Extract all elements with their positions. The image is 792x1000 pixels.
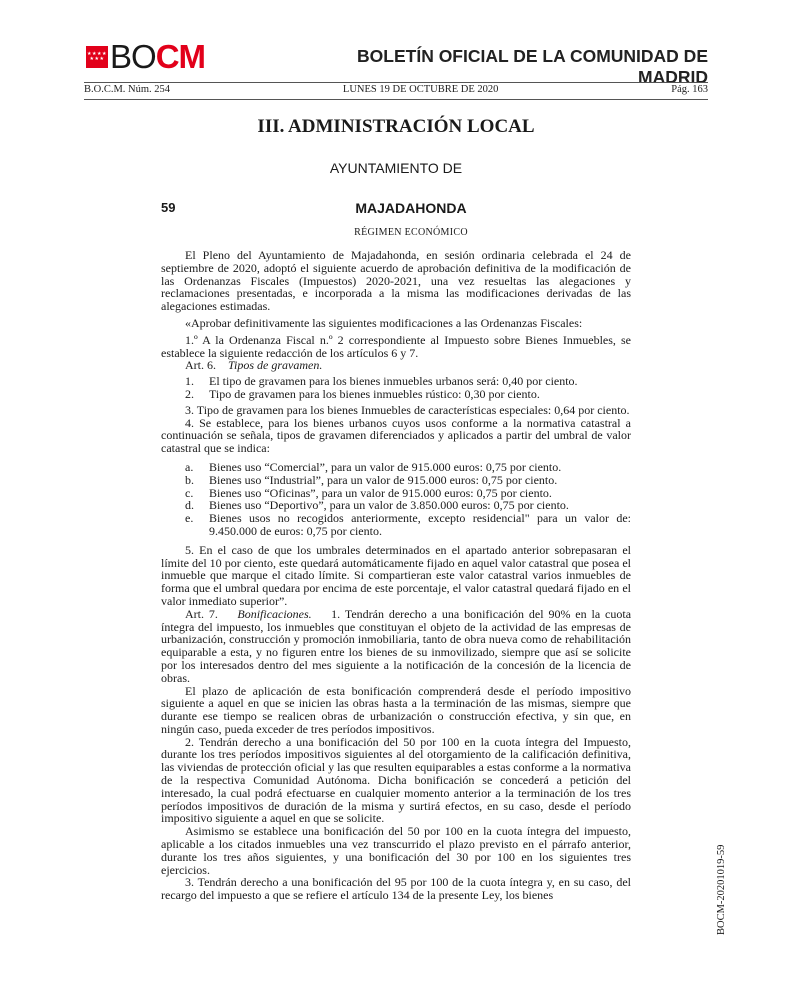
issue-meta-bar: B.O.C.M. Núm. 254 LUNES 19 DE OCTUBRE DE… — [84, 84, 708, 98]
list-item: 2.Tipo de gravamen para los bienes inmue… — [161, 388, 631, 401]
flag-stars-bottom: ★★★ — [90, 57, 105, 62]
item-text: Tipo de gravamen para los bienes inmuebl… — [209, 388, 631, 401]
header-rule-bottom — [84, 99, 708, 100]
municipality-name: MAJADAHONDA — [84, 200, 708, 216]
intro-paragraph: El Pleno del Ayuntamiento de Majadahonda… — [161, 249, 631, 313]
item-text: Bienes uso “Comercial”, para un valor de… — [209, 461, 631, 474]
list-item: b.Bienes uso “Industrial”, para un valor… — [161, 474, 631, 487]
article-7-text: 1. Tendrán derecho a una bonificación de… — [161, 607, 631, 685]
art7-paragraph-2: El plazo de aplicación de esta bonificac… — [161, 685, 631, 736]
art6-items: 1.El tipo de gravamen para los bienes in… — [161, 375, 631, 401]
article-7-paragraph: Art. 7. Bonificaciones. 1. Tendrán derec… — [161, 608, 631, 685]
art6-item-5: 5. En el caso de que los umbrales determ… — [161, 544, 631, 608]
item-letter: a. — [185, 461, 209, 474]
item-text: Bienes usos no recogidos anteriormente, … — [209, 512, 631, 538]
list-item: e.Bienes usos no recogidos anteriormente… — [161, 512, 631, 538]
article-6-title: Tipos de gravamen. — [228, 358, 322, 372]
section-subtitle: AYUNTAMIENTO DE — [84, 160, 708, 176]
article-6-heading: Art. 6. Tipos de gravamen. — [161, 359, 631, 372]
header-rule-top — [84, 82, 708, 83]
issue-number: B.O.C.M. Núm. 254 — [84, 84, 170, 98]
section-title: III. ADMINISTRACIÓN LOCAL — [84, 116, 708, 138]
item-letter: b. — [185, 474, 209, 487]
bocm-logo: ★★★★ ★★★ BOCM — [86, 42, 205, 72]
resolution-paragraph: «Aprobar definitivamente las siguientes … — [161, 317, 631, 330]
logo-text: BOCM — [110, 42, 205, 72]
uses-list: a.Bienes uso “Comercial”, para un valor … — [161, 461, 631, 538]
art6-item-3: 3. Tipo de gravamen para los bienes Inmu… — [161, 404, 631, 417]
item-text: Bienes uso “Industrial”, para un valor d… — [209, 474, 631, 487]
list-item: a.Bienes uso “Comercial”, para un valor … — [161, 461, 631, 474]
logo-prefix: BO — [110, 38, 156, 75]
art7-paragraph-3: 2. Tendrán derecho a una bonificación de… — [161, 736, 631, 826]
document-body: El Pleno del Ayuntamiento de Majadahonda… — [161, 249, 631, 902]
art7-paragraph-4: Asimismo se establece una bonificación d… — [161, 825, 631, 876]
art7-paragraph-5: 3. Tendrán derecho a una bonificación de… — [161, 876, 631, 902]
article-6-label: Art. 6. — [185, 358, 216, 372]
art6-item-4: 4. Se establece, para los bienes urbanos… — [161, 417, 631, 455]
logo-accent: CM — [156, 38, 205, 75]
madrid-flag-icon: ★★★★ ★★★ — [86, 46, 108, 68]
document-code: BOCM-20201019-59 — [716, 845, 727, 935]
issue-date: LUNES 19 DE OCTUBRE DE 2020 — [343, 84, 498, 98]
item-number: 2. — [185, 388, 209, 401]
category-label: RÉGIMEN ECONÓMICO — [84, 227, 708, 238]
page-number: Pág. 163 — [671, 84, 708, 98]
ordinance-paragraph: 1.º A la Ordenanza Fiscal n.º 2 correspo… — [161, 334, 631, 360]
item-letter: e. — [185, 512, 209, 538]
